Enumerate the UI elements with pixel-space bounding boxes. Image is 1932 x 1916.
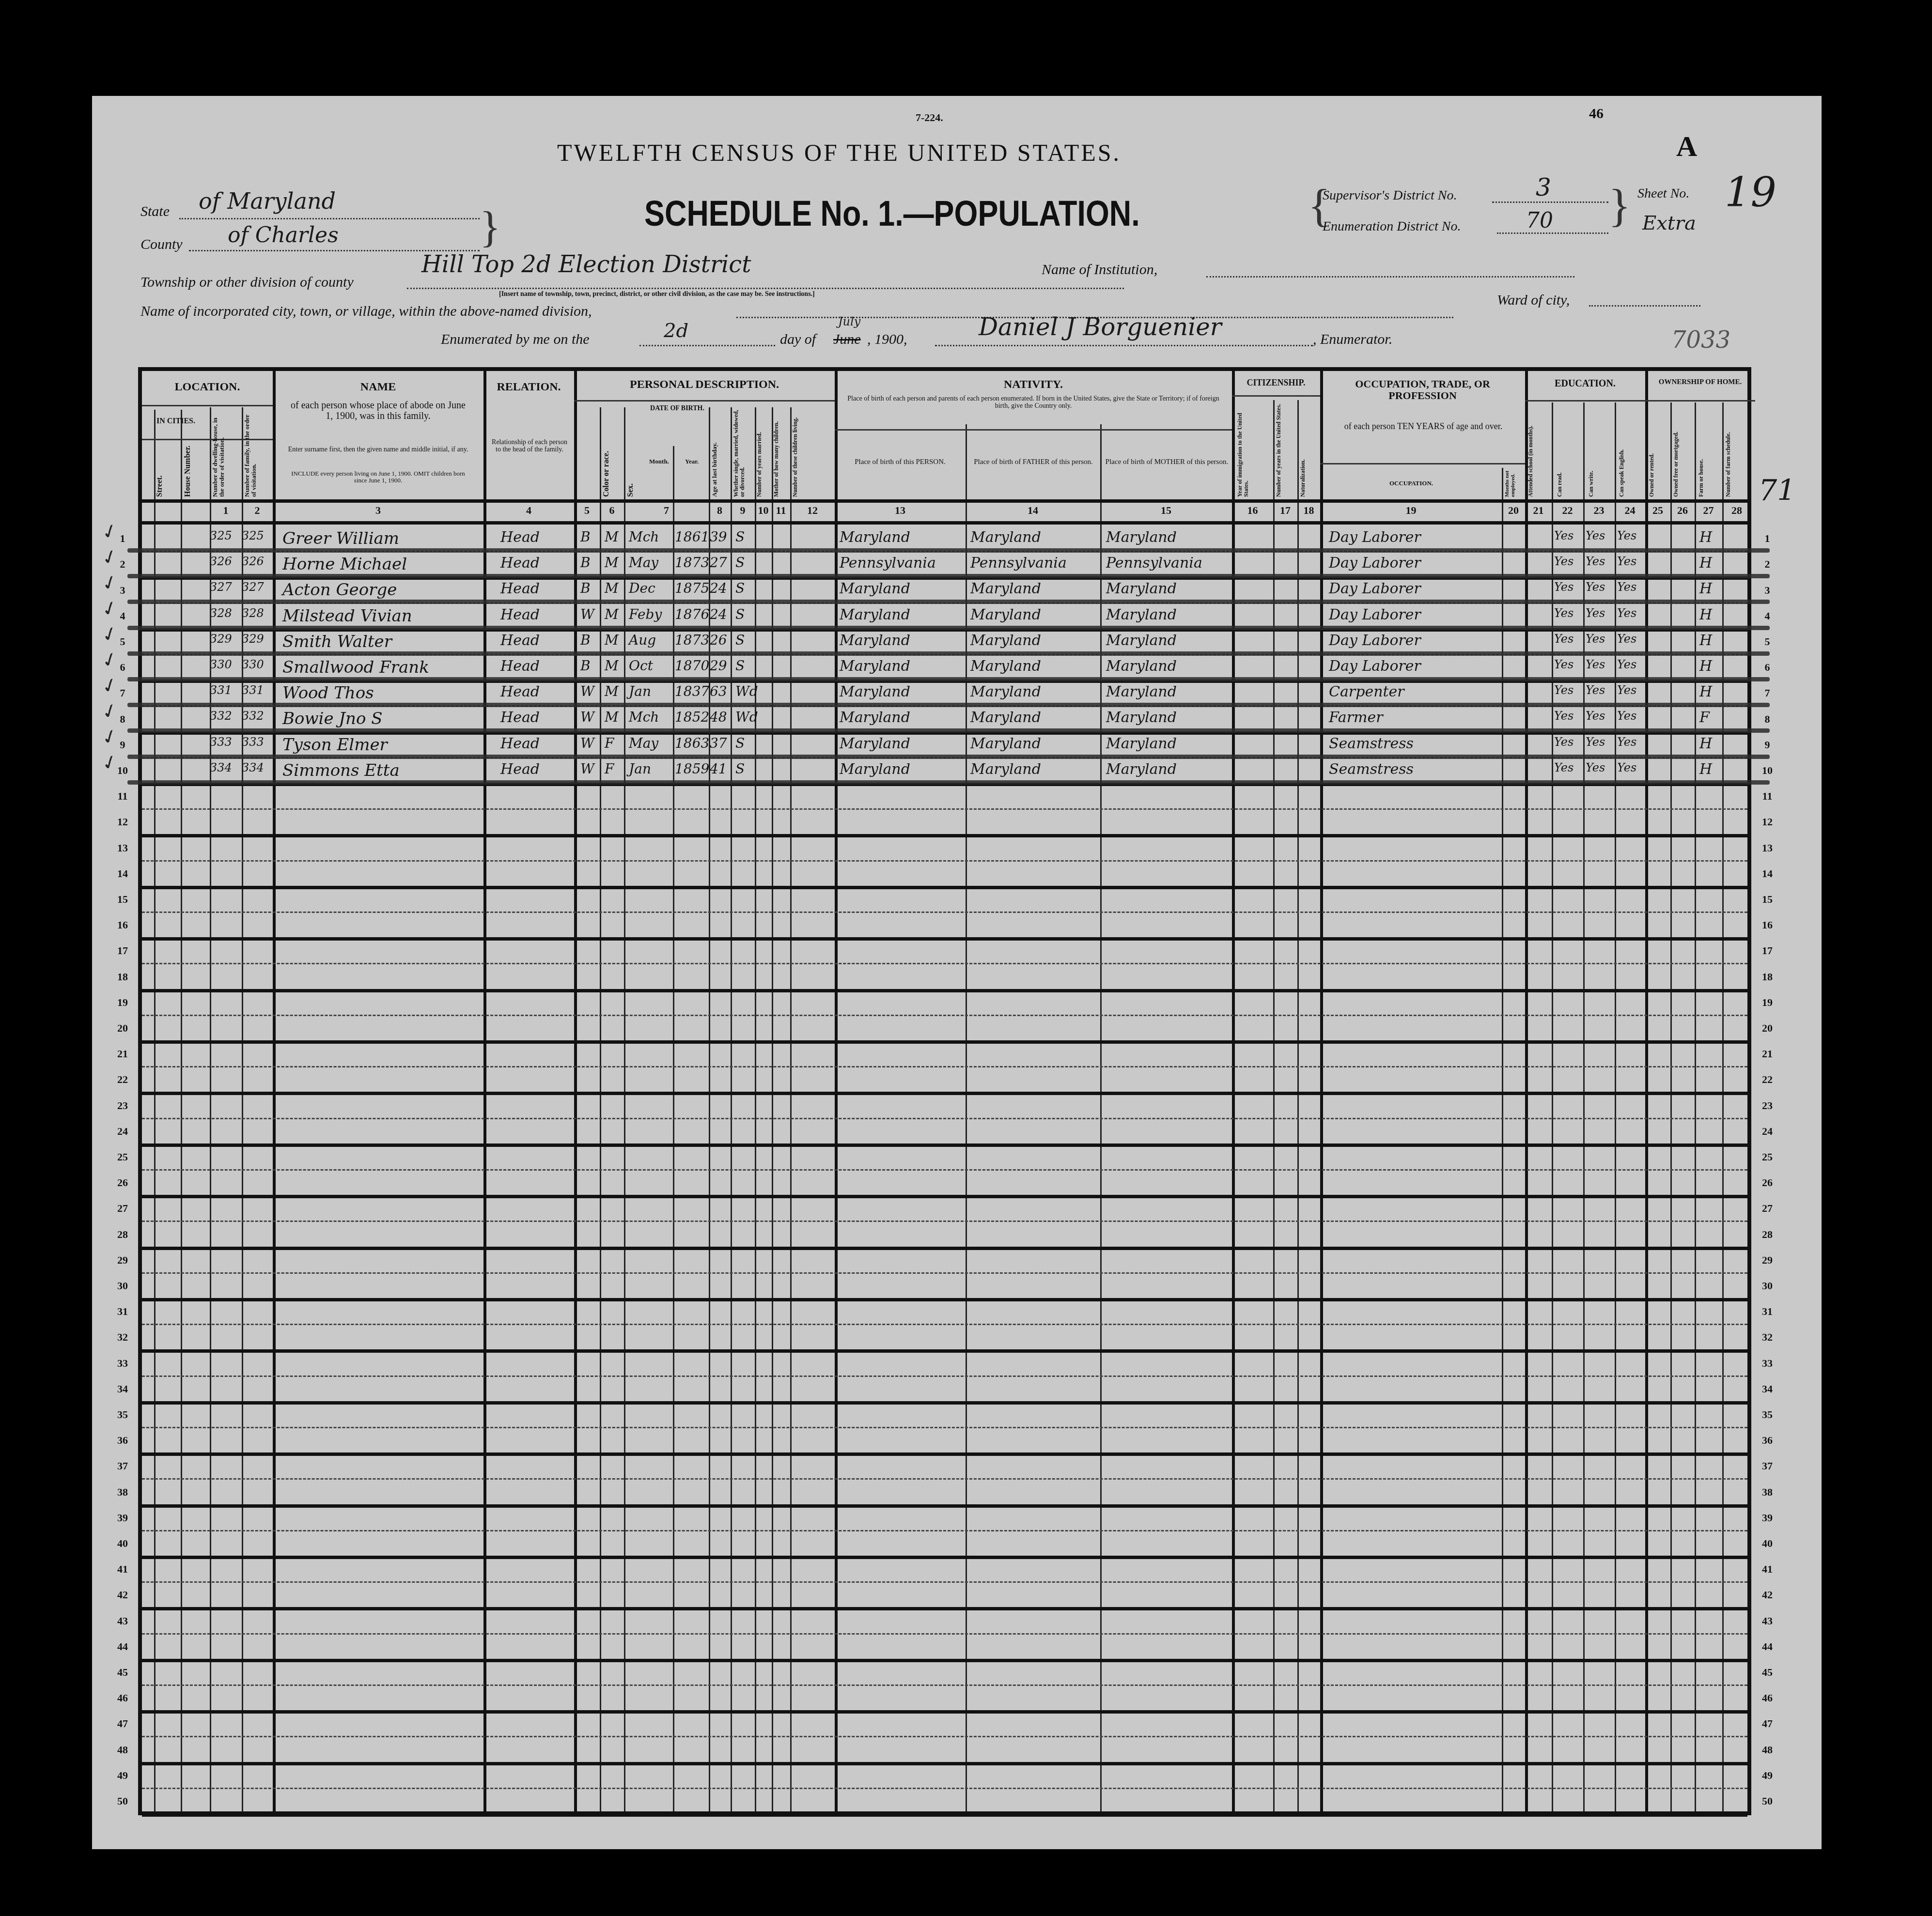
relation[interactable]: Head xyxy=(500,658,540,675)
col-divider xyxy=(154,410,156,1811)
line-number-left: 38 xyxy=(113,1486,132,1499)
can-speak-english[interactable]: Yes xyxy=(1617,606,1636,620)
family-number[interactable]: 330 xyxy=(242,658,264,671)
strikethrough-line xyxy=(127,626,1770,630)
relation[interactable]: Head xyxy=(500,632,540,649)
can-write[interactable]: Yes xyxy=(1586,606,1605,620)
can-speak-english[interactable]: Yes xyxy=(1617,580,1636,594)
sex[interactable]: M xyxy=(605,606,619,622)
birth-place-person[interactable]: Maryland xyxy=(840,683,910,700)
row-rule xyxy=(142,1195,1747,1198)
line-number-left: 13 xyxy=(113,842,132,854)
strikethrough-line xyxy=(127,548,1770,553)
sex[interactable]: M xyxy=(605,555,619,571)
can-write[interactable]: Yes xyxy=(1586,735,1605,749)
page-stamp: 46 xyxy=(1589,106,1604,122)
birth-month[interactable]: Feby xyxy=(629,606,662,622)
line-number-left: 17 xyxy=(113,944,132,957)
margin-note-side: 71 xyxy=(1759,474,1795,508)
enumerated-day-line xyxy=(639,345,775,346)
can-write[interactable]: Yes xyxy=(1586,632,1605,646)
line-number-left: 40 xyxy=(113,1537,132,1550)
row-rule xyxy=(142,1659,1747,1662)
line-number-left: 44 xyxy=(113,1640,132,1653)
line-number-left: 20 xyxy=(113,1022,132,1035)
institution-field[interactable] xyxy=(1206,276,1574,278)
line-number-right: 48 xyxy=(1758,1744,1777,1756)
can-read[interactable]: Yes xyxy=(1554,658,1574,671)
line-number-right: 28 xyxy=(1758,1228,1777,1241)
line-number-left: 34 xyxy=(113,1383,132,1395)
strikethrough-line xyxy=(127,651,1770,656)
row-rule xyxy=(142,1169,1747,1171)
age[interactable]: 41 xyxy=(710,761,727,777)
color-race[interactable]: B xyxy=(580,555,591,571)
sex[interactable]: M xyxy=(605,709,619,725)
can-speak-english[interactable]: Yes xyxy=(1617,735,1636,749)
marital-status[interactable]: S xyxy=(735,580,745,596)
farm-or-house[interactable]: H xyxy=(1699,606,1712,623)
header-naturalization: Naturalization. xyxy=(1300,400,1319,497)
can-read[interactable]: Yes xyxy=(1554,606,1574,620)
marital-status[interactable]: Wd xyxy=(735,709,758,725)
dwelling-number[interactable]: 333 xyxy=(210,735,232,749)
line-number-right: 42 xyxy=(1758,1589,1777,1601)
can-read[interactable]: Yes xyxy=(1554,555,1574,568)
birth-place-mother[interactable]: Maryland xyxy=(1106,529,1177,546)
col-divider xyxy=(1583,402,1585,1811)
row-rule xyxy=(142,1684,1747,1686)
person-name[interactable]: Wood Thos xyxy=(282,683,374,703)
birth-year[interactable]: 1861 xyxy=(675,529,709,545)
colnum-10: 10 xyxy=(755,504,772,517)
row-rule xyxy=(142,1736,1747,1737)
line-number-left: 50 xyxy=(113,1795,132,1808)
color-race[interactable]: W xyxy=(580,735,594,751)
family-number[interactable]: 331 xyxy=(242,683,264,697)
sex[interactable]: M xyxy=(605,658,619,674)
sheet-label: Sheet No. xyxy=(1637,186,1689,201)
line-number-right: 12 xyxy=(1758,816,1777,828)
family-number[interactable]: 329 xyxy=(242,632,264,646)
dwelling-number[interactable]: 328 xyxy=(210,606,232,620)
can-speak-english[interactable]: Yes xyxy=(1617,529,1636,542)
age[interactable]: 37 xyxy=(710,735,727,751)
line-number-left: 19 xyxy=(113,996,132,1009)
can-read[interactable]: Yes xyxy=(1554,632,1574,646)
line-number-left: 27 xyxy=(113,1202,132,1215)
line-number-right: 43 xyxy=(1758,1615,1777,1627)
line-number-right: 16 xyxy=(1758,919,1777,931)
colnum-24: 24 xyxy=(1615,504,1645,517)
family-number[interactable]: 333 xyxy=(242,735,264,749)
supervisor-value: 3 xyxy=(1536,173,1551,201)
birth-month[interactable]: Jan xyxy=(629,683,651,699)
occupation[interactable]: Day Laborer xyxy=(1329,580,1421,597)
can-write[interactable]: Yes xyxy=(1586,529,1605,542)
can-write[interactable]: Yes xyxy=(1586,555,1605,568)
birth-place-person[interactable]: Maryland xyxy=(840,658,910,675)
birth-place-mother[interactable]: Maryland xyxy=(1106,683,1177,700)
color-race[interactable]: B xyxy=(580,658,591,674)
birth-place-father[interactable]: Maryland xyxy=(970,606,1041,623)
row-rule xyxy=(142,1762,1747,1765)
can-write[interactable]: Yes xyxy=(1586,658,1605,671)
city-label: Name of incorporated city, town, or vill… xyxy=(140,303,592,320)
line-number-right: 35 xyxy=(1758,1408,1777,1421)
farm-or-house[interactable]: H xyxy=(1699,761,1712,778)
colnum-23: 23 xyxy=(1583,504,1615,517)
birth-place-mother[interactable]: Maryland xyxy=(1106,761,1177,778)
relation[interactable]: Head xyxy=(500,709,540,726)
line-number-right: 33 xyxy=(1758,1357,1777,1370)
birth-month[interactable]: May xyxy=(629,735,658,751)
birth-place-person[interactable]: Maryland xyxy=(840,709,910,726)
can-read[interactable]: Yes xyxy=(1554,761,1574,774)
birth-place-father[interactable]: Maryland xyxy=(970,761,1041,778)
col-divider xyxy=(1273,400,1275,1811)
line-number-right: 21 xyxy=(1758,1048,1777,1060)
birth-place-mother[interactable]: Maryland xyxy=(1106,735,1177,752)
dwelling-number[interactable]: 327 xyxy=(210,580,232,594)
row-rule xyxy=(142,1040,1747,1044)
family-number[interactable]: 326 xyxy=(242,555,264,568)
marital-status[interactable]: S xyxy=(735,632,745,648)
person-name[interactable]: Acton George xyxy=(282,580,397,600)
color-race[interactable]: B xyxy=(580,529,591,545)
farm-or-house[interactable]: H xyxy=(1699,580,1712,597)
birth-month[interactable]: Mch xyxy=(629,529,659,545)
can-write[interactable]: Yes xyxy=(1586,683,1605,697)
occupation[interactable]: Day Laborer xyxy=(1329,555,1421,572)
header-family-number: Number of family, in the order of visita… xyxy=(244,410,272,497)
sheet-note: Extra xyxy=(1642,212,1696,234)
color-race[interactable]: W xyxy=(580,606,594,622)
birth-year[interactable]: 1873 xyxy=(675,632,709,648)
enumerated-day: 2d xyxy=(664,320,688,342)
person-name[interactable]: Bowie Jno S xyxy=(282,709,382,728)
color-race[interactable]: W xyxy=(580,709,594,725)
colnum-4: 4 xyxy=(483,504,574,517)
line-number-right: 44 xyxy=(1758,1640,1777,1653)
color-race[interactable]: W xyxy=(580,761,594,777)
birth-year[interactable]: 1859 xyxy=(675,761,709,777)
line-number-left: 35 xyxy=(113,1408,132,1421)
birth-month[interactable]: Oct xyxy=(629,658,653,674)
farm-or-house[interactable]: H xyxy=(1699,735,1712,752)
birth-place-father[interactable]: Maryland xyxy=(970,529,1041,546)
color-race[interactable]: B xyxy=(580,580,591,596)
birth-place-father[interactable]: Maryland xyxy=(970,658,1041,675)
enumerated-month-struck: June xyxy=(833,331,861,348)
header-immigration-year: Year of immigration to the United States… xyxy=(1237,400,1271,497)
line-number-left: 49 xyxy=(113,1769,132,1782)
birth-month[interactable]: Dec xyxy=(629,580,655,596)
line-number-right: 36 xyxy=(1758,1434,1777,1447)
farm-or-house[interactable]: F xyxy=(1699,709,1710,726)
age[interactable]: 27 xyxy=(710,555,727,571)
row-divider xyxy=(835,429,1232,431)
occupation[interactable]: Farmer xyxy=(1329,709,1383,726)
marital-status[interactable]: S xyxy=(735,555,745,571)
row-rule xyxy=(142,1607,1747,1610)
colnum-14: 14 xyxy=(966,504,1100,517)
row-rule xyxy=(142,1633,1747,1635)
header-name: NAME xyxy=(273,381,483,393)
can-read[interactable]: Yes xyxy=(1554,580,1574,594)
can-write[interactable]: Yes xyxy=(1586,709,1605,723)
can-speak-english[interactable]: Yes xyxy=(1617,709,1636,723)
birth-year[interactable]: 1863 xyxy=(675,735,709,751)
header-birth-mother: Place of birth of MOTHER of this person. xyxy=(1105,458,1229,466)
header-free-mortgaged: Owned free or mortgaged. xyxy=(1673,405,1693,497)
relation[interactable]: Head xyxy=(500,555,540,572)
col-divider xyxy=(1695,402,1696,1811)
birth-place-father[interactable]: Maryland xyxy=(970,632,1041,649)
birth-month[interactable]: Mch xyxy=(629,709,659,725)
farm-or-house[interactable]: H xyxy=(1699,632,1712,649)
dwelling-number[interactable]: 331 xyxy=(210,683,232,697)
line-number-left: 25 xyxy=(113,1151,132,1163)
birth-month[interactable]: May xyxy=(629,555,658,571)
sex[interactable]: M xyxy=(605,529,619,545)
color-race[interactable]: W xyxy=(580,683,594,699)
can-write[interactable]: Yes xyxy=(1586,761,1605,774)
birth-place-person[interactable]: Maryland xyxy=(840,606,910,623)
header-birth-father: Place of birth of FATHER of this person. xyxy=(970,458,1096,466)
can-read[interactable]: Yes xyxy=(1554,683,1574,697)
line-number-right: 32 xyxy=(1758,1331,1777,1344)
header-ownership: OWNERSHIP OF HOME. xyxy=(1645,378,1755,386)
strikethrough-line xyxy=(127,755,1770,759)
family-number[interactable]: 327 xyxy=(242,580,264,594)
can-speak-english[interactable]: Yes xyxy=(1617,761,1636,774)
occupation[interactable]: Day Laborer xyxy=(1329,529,1421,546)
occupation[interactable]: Day Laborer xyxy=(1329,658,1421,675)
state-value: of Maryland xyxy=(199,188,336,214)
header-attended-school: Attended school (in months). xyxy=(1527,405,1551,497)
line-number-right: 7 xyxy=(1758,687,1777,699)
birth-place-mother[interactable]: Maryland xyxy=(1106,709,1177,726)
birth-place-father[interactable]: Maryland xyxy=(970,683,1041,700)
col-divider xyxy=(1670,402,1672,1811)
age[interactable]: 39 xyxy=(710,529,727,545)
relation[interactable]: Head xyxy=(500,606,540,623)
occupation[interactable]: Carpenter xyxy=(1329,683,1404,700)
person-name[interactable]: Horne Michael xyxy=(282,555,407,574)
age[interactable]: 24 xyxy=(710,580,727,596)
colnum-3: 3 xyxy=(273,504,483,517)
col-divider xyxy=(1525,371,1528,1811)
birth-place-father[interactable]: Maryland xyxy=(970,709,1041,726)
sex[interactable]: F xyxy=(605,761,614,777)
farm-or-house[interactable]: H xyxy=(1699,529,1712,546)
farm-or-house[interactable]: H xyxy=(1699,658,1712,675)
birth-place-mother[interactable]: Maryland xyxy=(1106,658,1177,675)
supervisor-line xyxy=(1492,201,1608,203)
can-write[interactable]: Yes xyxy=(1586,580,1605,594)
line-number-right: 31 xyxy=(1758,1305,1777,1318)
header-can-speak-english: Can speak English. xyxy=(1619,419,1643,497)
row-rule xyxy=(142,1118,1747,1119)
ed-label: Enumeration District No. xyxy=(1323,219,1461,234)
birth-place-person[interactable]: Maryland xyxy=(840,632,910,649)
row-rule xyxy=(142,1401,1747,1405)
header-personal: PERSONAL DESCRIPTION. xyxy=(574,378,835,391)
line-number-right: 50 xyxy=(1758,1795,1777,1808)
relation[interactable]: Head xyxy=(500,683,540,700)
birth-place-person[interactable]: Maryland xyxy=(840,529,910,546)
brace: } xyxy=(480,202,500,252)
person-name[interactable]: Greer William xyxy=(282,529,399,548)
age[interactable]: 26 xyxy=(710,632,727,648)
birth-year[interactable]: 1876 xyxy=(675,606,709,622)
occupation[interactable]: Day Laborer xyxy=(1329,606,1421,623)
color-race[interactable]: B xyxy=(580,632,591,648)
sex[interactable]: M xyxy=(605,632,619,648)
can-speak-english[interactable]: Yes xyxy=(1617,658,1636,671)
sheet-value: 19 xyxy=(1725,169,1776,216)
line-number-right: 1 xyxy=(1758,532,1777,545)
birth-place-mother[interactable]: Maryland xyxy=(1106,580,1177,597)
dwelling-number[interactable]: 332 xyxy=(210,709,232,723)
marital-status[interactable]: S xyxy=(735,761,745,777)
can-read[interactable]: Yes xyxy=(1554,709,1574,723)
birth-year[interactable]: 1873 xyxy=(675,555,709,571)
family-number[interactable]: 328 xyxy=(242,606,264,620)
strikethrough-line xyxy=(127,703,1770,707)
person-name[interactable]: Smith Walter xyxy=(282,632,392,651)
can-speak-english[interactable]: Yes xyxy=(1617,632,1636,646)
marital-status[interactable]: S xyxy=(735,606,745,622)
sex[interactable]: F xyxy=(605,735,614,751)
family-number[interactable]: 332 xyxy=(242,709,264,723)
birth-year[interactable]: 1870 xyxy=(675,658,709,674)
row-rule xyxy=(142,1556,1747,1559)
header-birth-person: Place of birth of this PERSON. xyxy=(840,458,961,466)
occupation[interactable]: Seamstress xyxy=(1329,735,1414,752)
sex[interactable]: M xyxy=(605,683,619,699)
birth-place-father[interactable]: Maryland xyxy=(970,580,1041,597)
birth-year[interactable]: 1852 xyxy=(675,709,709,725)
col-divider xyxy=(673,446,674,1811)
header-nativity: NATIVITY. xyxy=(835,378,1232,391)
occupation[interactable]: Day Laborer xyxy=(1329,632,1421,649)
age[interactable]: 29 xyxy=(710,658,727,674)
line-number-right: 29 xyxy=(1758,1254,1777,1267)
person-name[interactable]: Simmons Etta xyxy=(282,761,400,780)
farm-or-house[interactable]: H xyxy=(1699,683,1712,700)
header-relation-sub: Relationship of each person to the head … xyxy=(488,439,571,454)
sex[interactable]: M xyxy=(605,580,619,596)
birth-place-mother[interactable]: Maryland xyxy=(1106,632,1177,649)
birth-place-person[interactable]: Pennsylvania xyxy=(840,555,936,572)
col-divider xyxy=(273,371,276,1811)
colnum-7: 7 xyxy=(624,504,709,517)
col-divider xyxy=(1722,402,1724,1811)
birth-place-person[interactable]: Maryland xyxy=(840,580,910,597)
relation[interactable]: Head xyxy=(500,580,540,597)
row-rule xyxy=(142,1813,1747,1817)
age[interactable]: 63 xyxy=(710,683,727,699)
occupation[interactable]: Seamstress xyxy=(1329,761,1414,778)
row-divider xyxy=(1525,400,1755,402)
marital-status[interactable]: S xyxy=(735,529,745,545)
header-children-living: Number of these children living. xyxy=(792,410,811,497)
birth-place-person[interactable]: Maryland xyxy=(840,761,910,778)
colnum-22: 22 xyxy=(1552,504,1583,517)
relation[interactable]: Head xyxy=(500,735,540,752)
line-number-left: 30 xyxy=(113,1280,132,1292)
can-read[interactable]: Yes xyxy=(1554,529,1574,542)
line-number-left: 42 xyxy=(113,1589,132,1601)
line-number-left: 47 xyxy=(113,1717,132,1730)
relation[interactable]: Head xyxy=(500,761,540,778)
birth-place-person[interactable]: Maryland xyxy=(840,735,910,752)
colnum-27: 27 xyxy=(1695,504,1722,517)
birth-year[interactable]: 1837 xyxy=(675,683,709,699)
person-name[interactable]: Smallwood Frank xyxy=(282,658,429,677)
person-name[interactable]: Tyson Elmer xyxy=(282,735,388,755)
can-read[interactable]: Yes xyxy=(1554,735,1574,749)
birth-year[interactable]: 1875 xyxy=(675,580,709,596)
enumerated-month: July xyxy=(838,315,860,328)
ward-field[interactable] xyxy=(1589,305,1700,307)
person-name[interactable]: Milstead Vivian xyxy=(282,606,412,626)
dwelling-number[interactable]: 326 xyxy=(210,555,232,568)
line-number-right: 15 xyxy=(1758,893,1777,906)
birth-place-mother[interactable]: Pennsylvania xyxy=(1106,555,1202,572)
line-number-left: 33 xyxy=(113,1357,132,1370)
birth-month[interactable]: Jan xyxy=(629,761,651,777)
dwelling-number[interactable]: 325 xyxy=(210,529,232,542)
family-number[interactable]: 334 xyxy=(242,761,264,774)
birth-place-father[interactable]: Maryland xyxy=(970,735,1041,752)
birth-month[interactable]: Aug xyxy=(629,632,656,648)
can-speak-english[interactable]: Yes xyxy=(1617,555,1636,568)
line-number-right: 46 xyxy=(1758,1692,1777,1704)
marital-status[interactable]: S xyxy=(735,735,745,751)
farm-or-house[interactable]: H xyxy=(1699,555,1712,572)
line-number-left: 18 xyxy=(113,971,132,983)
dwelling-number[interactable]: 334 xyxy=(210,761,232,774)
marital-status[interactable]: Wd xyxy=(735,683,758,699)
colnum-20: 20 xyxy=(1502,504,1525,517)
colnum-11: 11 xyxy=(772,504,790,517)
strikethrough-line xyxy=(127,780,1770,785)
age[interactable]: 48 xyxy=(710,709,727,725)
row-rule xyxy=(142,1272,1747,1274)
col-divider xyxy=(600,407,601,1811)
age[interactable]: 24 xyxy=(710,606,727,622)
schedule-title: SCHEDULE No. 1.—POPULATION. xyxy=(644,193,1140,234)
header-year: Year. xyxy=(675,458,709,465)
dwelling-number[interactable]: 330 xyxy=(210,658,232,671)
birth-place-mother[interactable]: Maryland xyxy=(1106,606,1177,623)
header-farm-schedule: Number of farm schedule. xyxy=(1725,405,1749,497)
birth-place-father[interactable]: Pennsylvania xyxy=(970,555,1067,572)
relation[interactable]: Head xyxy=(500,529,540,546)
township-line xyxy=(407,288,1124,289)
dwelling-number[interactable]: 329 xyxy=(210,632,232,646)
header-nativity-sub: Place of birth of each person and parent… xyxy=(842,395,1225,410)
line-number-left: 41 xyxy=(113,1563,132,1576)
line-number-right: 9 xyxy=(1758,739,1777,751)
can-speak-english[interactable]: Yes xyxy=(1617,683,1636,697)
strikethrough-line xyxy=(127,574,1770,578)
marital-status[interactable]: S xyxy=(735,658,745,674)
family-number[interactable]: 325 xyxy=(242,529,264,542)
